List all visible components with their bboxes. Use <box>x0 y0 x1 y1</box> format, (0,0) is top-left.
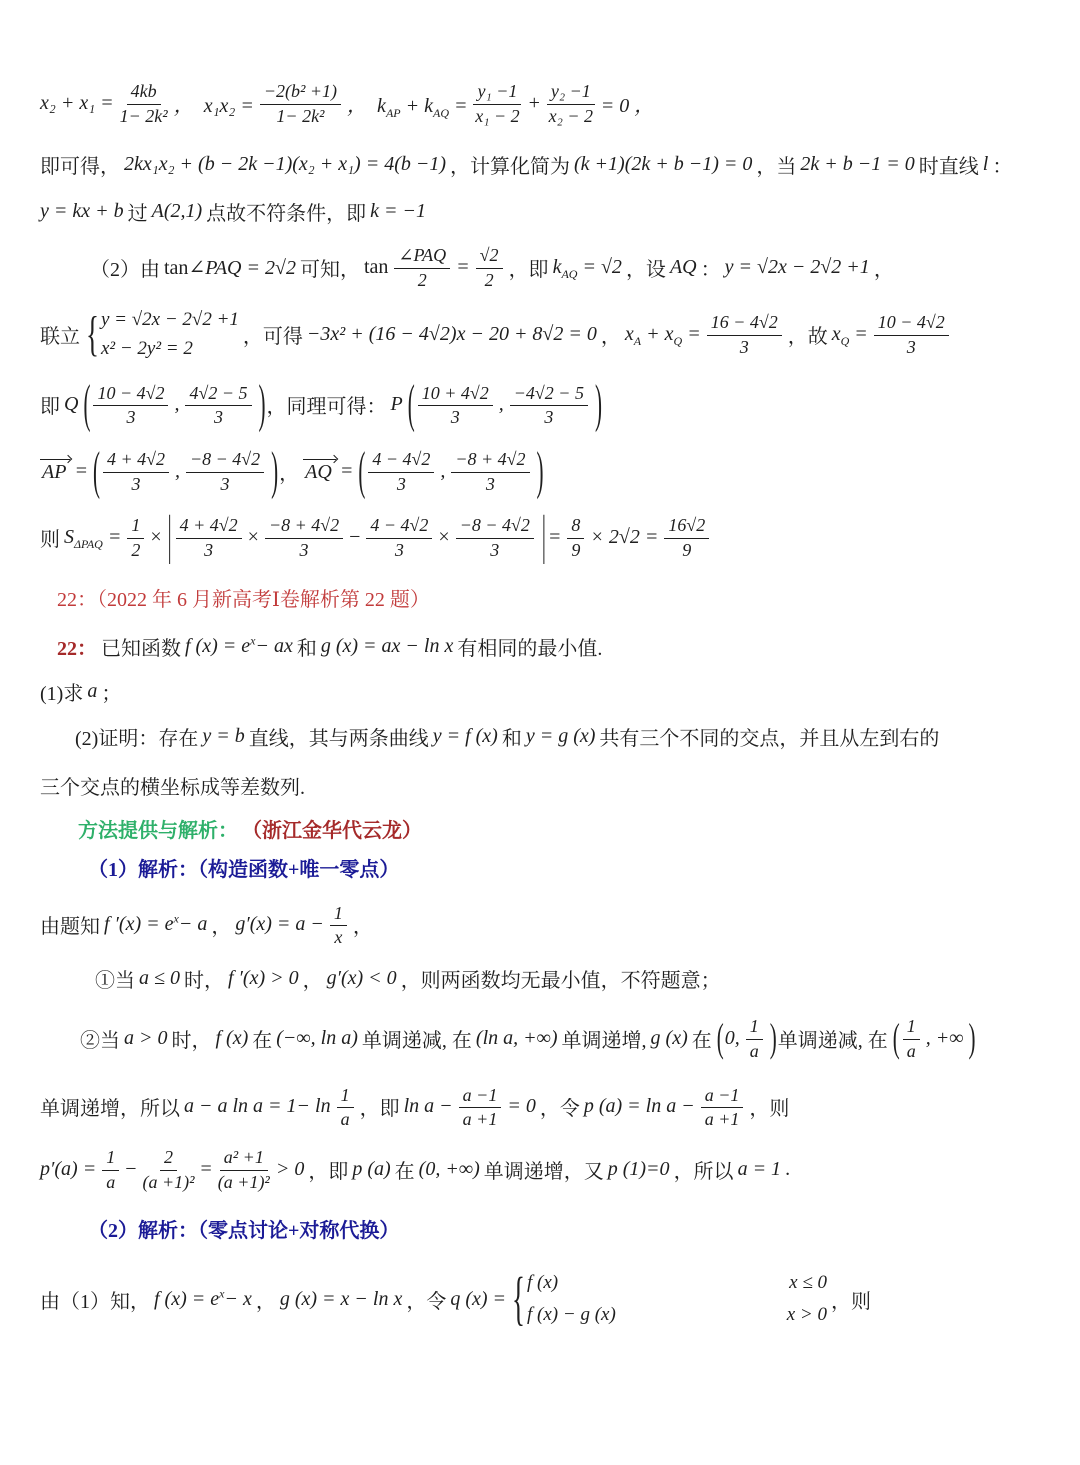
text-run: 单调递增，又 <box>484 1155 604 1184</box>
fraction-denominator: a <box>341 1108 350 1130</box>
math-run: = <box>548 526 562 549</box>
equation-row: x² − 2y² = 2 <box>101 334 193 363</box>
formula-line-tan: （2）由 tan∠PAQ = 2√2 可知， tan ∠PAQ2 = √22 ，… <box>40 244 1050 290</box>
fraction-denominator: 9 <box>571 539 580 561</box>
formula-line-system: 联立 { y = √2x − 2√2 +1x² − 2y² = 2 ，可得 −3… <box>40 305 1050 364</box>
fraction: a² +1(a +1)² <box>218 1146 270 1192</box>
case-1-line: ①当 a ≤ 0 时， f ′(x) > 0 ， g′(x) < 0 ，则两函数… <box>40 964 1050 993</box>
fraction-numerator: 1 <box>903 1015 920 1040</box>
fraction-denominator: x <box>334 926 342 948</box>
text-run: = <box>849 323 868 345</box>
fraction: 1x <box>330 902 347 948</box>
math-run: q (x) = <box>450 1288 506 1311</box>
text-run: ， <box>303 964 323 993</box>
left-paren: ( <box>893 1015 900 1063</box>
fraction-numerator: 4√2 − 5 <box>185 382 251 407</box>
subscript: AQ <box>433 106 449 120</box>
left-brace: { <box>512 1265 525 1333</box>
text-run: 在 <box>692 1024 712 1053</box>
text-run: 在 <box>252 1024 272 1053</box>
fraction-denominator: a <box>750 1040 759 1062</box>
math-run: y = f (x) <box>433 725 498 748</box>
text-run: ， <box>211 910 231 939</box>
derivative-line: 由题知 f ′(x) = ex− a ， g′(x) = a − 1x ， <box>40 902 1050 948</box>
problem-statement: 22： 已知函数 f (x) = ex− ax 和 g (x) = ax − l… <box>40 632 1050 661</box>
math-run: a > 0 <box>124 1027 168 1050</box>
left-paren: ( <box>717 1015 724 1063</box>
text-run: 则 <box>40 523 60 552</box>
math-run: (ln a, +∞) <box>476 1027 558 1050</box>
times-sign: × <box>150 526 161 549</box>
text-run: . <box>785 1158 790 1181</box>
text-run: 时直线 <box>919 150 979 179</box>
fraction-denominator: a +1 <box>705 1108 740 1130</box>
fraction-denominator: 3 <box>544 406 553 428</box>
fraction-numerator: √2 <box>476 244 503 269</box>
right-paren: ) <box>770 1015 777 1063</box>
text-run: ②当 <box>80 1024 120 1053</box>
text-run: + x <box>641 323 673 345</box>
math-run: l <box>983 153 989 176</box>
times-sign: × <box>248 526 259 549</box>
fraction-numerator: 10 − 4√2 <box>93 382 168 407</box>
left-paren: ( <box>408 374 415 437</box>
math-run: 0, <box>725 1027 740 1050</box>
math-run: f ′(x) = ex− a <box>104 913 207 936</box>
fraction-denominator: 3 <box>486 473 495 495</box>
fraction: 2(a +1)² <box>142 1146 194 1192</box>
heading-text: （1）解析：（构造函数+唯一零点） <box>88 853 399 882</box>
math-run: + <box>527 92 541 115</box>
fraction-denominator: a <box>907 1040 916 1062</box>
math-run: A(2,1) <box>152 200 203 223</box>
piecewise-line: 由（1）知， f (x) = ex− x ， g (x) = x − ln x … <box>40 1267 1050 1331</box>
math-run: g′(x) = a − <box>235 913 324 936</box>
left-brace: { <box>86 306 99 362</box>
solution-2-heading: （2）解析：（零点讨论+对称代换） <box>40 1214 1050 1243</box>
text-run: ，所以 <box>674 1155 734 1184</box>
text-run: ： <box>992 150 1012 179</box>
fraction: √22 <box>476 244 503 290</box>
fraction: 10 − 4√23 <box>874 311 949 357</box>
fraction-numerator: 16√2 <box>664 514 709 539</box>
method-provider-label: 方法提供与解析： <box>78 814 238 843</box>
text-run: 即 <box>40 390 60 419</box>
text-run: 时， <box>172 1024 212 1053</box>
fraction-numerator: −8 − 4√2 <box>186 448 264 473</box>
fraction-denominator: 3 <box>395 539 404 561</box>
fraction-numerator: ∠PAQ <box>394 244 450 269</box>
fraction-denominator: 3 <box>490 539 499 561</box>
math-run: 2k + b −1 = 0 <box>800 153 914 176</box>
fraction-numerator: 4kb <box>127 80 161 105</box>
text-run: ，则 <box>831 1285 871 1314</box>
fraction: 4√2 − 53 <box>185 382 251 428</box>
text-run: (2)证明：存在 <box>75 722 198 751</box>
fraction-numerator: y₂ −1 <box>547 80 595 105</box>
case-expression: f (x) <box>527 1272 558 1294</box>
fraction-denominator: 3 <box>131 473 140 495</box>
fraction: −8 + 4√23 <box>451 448 529 494</box>
fraction-numerator: 16 − 4√2 <box>707 311 782 336</box>
comma: , <box>175 460 180 483</box>
fraction-denominator: x₂ − 2 <box>549 105 593 127</box>
fraction: −8 + 4√23 <box>265 514 343 560</box>
text-run: 可知， <box>300 253 360 282</box>
fraction-denominator: 1− 2k² <box>120 105 168 127</box>
formula-line-vieta: x₂ + x₁ = 4kb1− 2k² ， x₁x₂ = −2(b² +1)1−… <box>40 80 1050 126</box>
fraction: y₁ −1x₁ − 2 <box>473 80 521 126</box>
math-run: g (x) <box>651 1027 688 1050</box>
heading-text: （2）解析：（零点讨论+对称代换） <box>88 1214 399 1243</box>
math-run: Q <box>64 393 78 416</box>
subscript: Q <box>674 334 683 348</box>
fraction-numerator: 10 + 4√2 <box>418 382 493 407</box>
text-run: 有相同的最小值. <box>457 632 602 661</box>
math-run: ln a − <box>404 1095 453 1118</box>
problem-number: 22： <box>57 632 97 661</box>
fraction-numerator: y₁ −1 <box>473 80 521 105</box>
fraction-numerator: 4 + 4√2 <box>176 514 242 539</box>
math-run: y = √2x − 2√2 +1 <box>725 256 870 279</box>
right-paren: ) <box>969 1015 976 1063</box>
fraction: 1a <box>337 1084 354 1130</box>
text-run: ，即 <box>509 253 549 282</box>
fraction: a −1a +1 <box>459 1084 502 1130</box>
math-run: xA + xQ = <box>625 323 701 346</box>
text-run: ，即 <box>308 1155 348 1184</box>
fraction-denominator: a +1 <box>463 1108 498 1130</box>
fraction-denominator: 3 <box>221 473 230 495</box>
abs-bar: | <box>542 507 546 569</box>
text-run: 联立 <box>40 320 80 349</box>
fraction-denominator: 3 <box>397 473 406 495</box>
fraction: −2(b² +1)1− 2k² <box>260 80 341 126</box>
text-run: ，同理可得： <box>267 390 387 419</box>
solution-1-heading: （1）解析：（构造函数+唯一零点） <box>40 853 1050 882</box>
text-run: f (x) = e <box>154 1288 219 1310</box>
fraction-denominator: 1− 2k² <box>276 105 324 127</box>
math-run: p (a) <box>352 1158 390 1181</box>
math-run: y = kx + b <box>40 200 124 223</box>
case-row: f (x) − g (x)x > 0 <box>527 1304 827 1326</box>
fraction: 89 <box>567 514 584 560</box>
equals-sign: = <box>201 1158 212 1181</box>
right-paren: ) <box>595 374 602 437</box>
text-run: 单调递增, <box>562 1024 647 1053</box>
text-run: 单调递减, 在 <box>778 1024 888 1053</box>
left-paren: ( <box>93 440 100 503</box>
fraction: 16 − 4√23 <box>707 311 782 357</box>
math-run: y = g (x) <box>526 725 596 748</box>
text-run: ，可得 <box>243 320 303 349</box>
method-provider-name: （浙江金华代云龙） <box>242 814 422 843</box>
fraction: 4 − 4√23 <box>366 514 432 560</box>
text-run: − a <box>179 913 208 935</box>
problem-source-heading: 22：（2022 年 6 月新高考Ⅰ卷解析第 22 题） <box>40 583 1050 612</box>
document-page: x₂ + x₁ = 4kb1− 2k² ， x₁x₂ = −2(b² +1)1−… <box>0 0 1080 1465</box>
text-run: ，令 <box>406 1285 446 1314</box>
fraction: 10 + 4√23 <box>418 382 493 428</box>
case-row: f (x)x ≤ 0 <box>527 1272 827 1294</box>
fraction-numerator: a² +1 <box>220 1146 268 1171</box>
math-run: g (x) = ax − ln x <box>321 635 454 658</box>
fraction: 1a <box>746 1015 763 1061</box>
fraction-denominator: 2 <box>485 269 494 291</box>
fraction-numerator: 2 <box>160 1146 177 1171</box>
math-run: = <box>456 256 470 279</box>
part-2-question-line1: (2)证明：存在 y = b 直线，其与两条曲线 y = f (x) 和 y =… <box>40 722 1050 751</box>
text-run: ， <box>279 457 299 486</box>
part-1-question: (1)求 a ； <box>40 677 1050 706</box>
math-run: = <box>340 460 354 483</box>
text-run: ，令 <box>540 1092 580 1121</box>
text-run: 单调递减, 在 <box>362 1024 472 1053</box>
text-run: ，故 <box>788 320 828 349</box>
fraction: −8 − 4√23 <box>186 448 264 494</box>
text-run: − x <box>224 1288 251 1310</box>
text-run: ， <box>874 253 894 282</box>
math-run: a ≤ 0 <box>139 967 180 990</box>
fraction: 1a <box>102 1146 119 1192</box>
fraction-numerator: −8 − 4√2 <box>456 514 534 539</box>
fraction-numerator: a −1 <box>701 1084 744 1109</box>
text-run: 在 <box>395 1155 415 1184</box>
text-run: 共有三个不同的交点，并且从左到右的 <box>599 722 939 751</box>
fraction-denominator: 3 <box>740 336 749 358</box>
comma: , <box>499 393 504 416</box>
math-run: g (x) = x − ln x <box>280 1288 403 1311</box>
fraction-numerator: −2(b² +1) <box>260 80 341 105</box>
equation-stack: y = √2x − 2√2 +1x² − 2y² = 2 <box>101 305 239 364</box>
fraction: ∠PAQ2 <box>394 244 450 290</box>
right-paren: ) <box>537 440 544 503</box>
text-run: 已知函数 <box>101 632 181 661</box>
formula-line-simplify: 即可得， 2kx₁x₂ + (b − 2k −1)(x₂ + x₁) = 4(b… <box>40 150 1050 179</box>
math-run: ， kAP + kAQ = <box>347 89 467 118</box>
text-run: ∠PAQ = 2√2 <box>188 257 296 279</box>
fraction-denominator: x₁ − 2 <box>475 105 519 127</box>
math-run: g′(x) < 0 <box>327 967 397 990</box>
fraction-numerator: 4 − 4√2 <box>366 514 432 539</box>
text-run: = √2 <box>577 256 621 278</box>
text-run: = <box>682 323 701 345</box>
math-run: ， x₁x₂ = <box>174 89 254 118</box>
math-run: AQ <box>670 256 697 279</box>
fraction: a −1a +1 <box>701 1084 744 1130</box>
fraction-denominator: a <box>106 1171 115 1193</box>
fraction-numerator: 1 <box>127 514 144 539</box>
text-run: ①当 <box>95 964 135 993</box>
times-sign: × <box>438 526 449 549</box>
case-condition: x ≤ 0 <box>789 1272 827 1294</box>
text-run: x <box>625 323 634 345</box>
text-run: ，则 <box>749 1092 789 1121</box>
subscript: AQ <box>561 267 577 281</box>
fraction: 12 <box>127 514 144 560</box>
fraction: y₂ −1x₂ − 2 <box>547 80 595 126</box>
math-run: (k +1)(2k + b −1) = 0 <box>574 153 752 176</box>
fraction-numerator: 1 <box>330 902 347 927</box>
math-run: p (1)=0 <box>608 1158 670 1181</box>
math-run: a − a ln a = 1− ln <box>184 1095 331 1118</box>
fraction-denominator: 9 <box>682 539 691 561</box>
cases-stack: f (x)x ≤ 0 f (x) − g (x)x > 0 <box>527 1267 827 1331</box>
text-run: 由（1）知， <box>40 1285 150 1314</box>
math-run: P <box>391 393 403 416</box>
text-run: （2）由 <box>90 253 160 282</box>
math-run: (−∞, ln a) <box>276 1027 358 1050</box>
fraction-numerator: 8 <box>567 514 584 539</box>
right-paren: ) <box>259 374 266 437</box>
math-run: f ′(x) > 0 <box>228 967 299 990</box>
method-provider-line: 方法提供与解析： （浙江金华代云龙） <box>40 814 1050 843</box>
text-run: = <box>103 526 122 548</box>
text-run: x <box>832 323 841 345</box>
math-run: (0, +∞) <box>419 1158 480 1181</box>
vector-AQ: AQ <box>303 459 336 484</box>
fraction: 4 − 4√23 <box>368 448 434 494</box>
case-condition: x > 0 <box>787 1304 827 1326</box>
formula-line-points: 即 Q ( 10 − 4√23 , 4√2 − 53 ) ，同理可得： P ( … <box>40 382 1050 428</box>
math-run: a <box>87 680 97 703</box>
fraction: 10 − 4√23 <box>93 382 168 428</box>
math-run: y = b <box>202 725 244 748</box>
fraction-numerator: −4√2 − 5 <box>510 382 588 407</box>
right-paren: ) <box>271 440 278 503</box>
text-run: 即可得， <box>40 150 120 179</box>
text-run: 和 <box>297 632 317 661</box>
subscript: AP <box>386 106 401 120</box>
case-2-line: ②当 a > 0 时， f (x) 在 (−∞, ln a) 单调递减, 在 (… <box>40 1015 1050 1061</box>
subscript: Q <box>841 334 850 348</box>
text-run: f (x) = e <box>185 635 250 657</box>
fraction-denominator: (a +1)² <box>218 1171 270 1193</box>
fraction: 4kb1− 2k² <box>120 80 168 126</box>
fraction-denominator: 3 <box>451 406 460 428</box>
math-run: > 0 <box>276 1158 305 1181</box>
text-run: − ax <box>255 635 292 657</box>
math-run: × 2√2 = <box>590 526 658 549</box>
formula-line-conclusion-k: y = kx + b 过 A(2,1) 点故不符条件，即 k = −1 <box>40 197 1050 226</box>
text-run: ， <box>256 1285 276 1314</box>
math-run: tan∠PAQ = 2√2 <box>164 255 296 280</box>
left-paren: ( <box>83 374 90 437</box>
text-run: = <box>449 95 468 117</box>
text-run: ，即 <box>360 1092 400 1121</box>
text-run: 单调递增，所以 <box>40 1092 180 1121</box>
fraction-numerator: 1 <box>746 1015 763 1040</box>
subscript: ΔPAQ <box>74 537 103 551</box>
math-run: a = 1 <box>738 1158 782 1181</box>
math-run: f (x) <box>216 1027 249 1050</box>
math-run: f (x) = ex− x <box>154 1288 252 1311</box>
text-run: ，当 <box>756 150 796 179</box>
math-run: kAQ = √2 <box>553 256 622 279</box>
fraction: 16√29 <box>664 514 709 560</box>
monotonic-line: 单调递增，所以 a − a ln a = 1− ln 1a ，即 ln a − … <box>40 1084 1050 1130</box>
abs-bar: | <box>168 507 172 569</box>
math-run: = 0 ， <box>601 89 655 118</box>
text-run: 和 <box>502 722 522 751</box>
fraction-numerator: 1 <box>102 1146 119 1171</box>
fraction-denominator: 3 <box>214 406 223 428</box>
text-run: 三个交点的横坐标成等差数列. <box>40 771 305 800</box>
fraction: −4√2 − 53 <box>510 382 588 428</box>
left-paren: ( <box>358 440 365 503</box>
fraction-denominator: (a +1)² <box>142 1171 194 1193</box>
fraction-numerator: 10 − 4√2 <box>874 311 949 336</box>
fraction-numerator: 1 <box>337 1084 354 1109</box>
fraction-numerator: 4 + 4√2 <box>103 448 169 473</box>
math-run: = 0 <box>507 1095 536 1118</box>
heading-text: 22：（2022 年 6 月新高考Ⅰ卷解析第 22 题） <box>57 583 430 612</box>
comma: , <box>174 393 179 416</box>
fraction: 4 + 4√23 <box>176 514 242 560</box>
fraction-numerator: −8 + 4√2 <box>451 448 529 473</box>
minus-sign: − <box>125 1158 136 1181</box>
math-run: xQ = <box>832 323 868 346</box>
math-run: 2kx₁x₂ + (b − 2k −1)(x₂ + x₁) = 4(b −1) <box>124 153 446 176</box>
math-run: x₂ + x₁ = <box>40 92 114 115</box>
p-derivative-line: p′(a) = 1a − 2(a +1)² = a² +1(a +1)² > 0… <box>40 1146 1050 1192</box>
math-run: SΔPAQ = <box>64 526 121 549</box>
text-run: 直线，其与两条曲线 <box>249 722 429 751</box>
text-run: 由题知 <box>40 910 100 939</box>
fraction-numerator: a −1 <box>459 1084 502 1109</box>
math-run: p (a) = ln a − <box>584 1095 695 1118</box>
text-run: 过 <box>128 197 148 226</box>
math-run: k = −1 <box>370 200 426 223</box>
fraction: 4 + 4√23 <box>103 448 169 494</box>
formula-line-vectors: AP = ( 4 + 4√23 , −8 − 4√23 ) ， AQ = ( 4… <box>40 448 1050 494</box>
math-run: p′(a) = <box>40 1158 96 1181</box>
fraction-denominator: 2 <box>418 269 427 291</box>
text-run: ； <box>101 677 121 706</box>
text-run: ， <box>601 320 621 349</box>
fraction: −8 − 4√23 <box>456 514 534 560</box>
math-run: f (x) = ex− ax <box>185 635 293 658</box>
fraction-denominator: 2 <box>131 539 140 561</box>
text-run: ， <box>353 910 373 939</box>
comma: , <box>440 460 445 483</box>
formula-line-area: 则 SΔPAQ = 12 × | 4 + 4√23 × −8 + 4√23 − … <box>40 514 1050 560</box>
fraction-numerator: −8 + 4√2 <box>265 514 343 539</box>
part-2-question-line2: 三个交点的横坐标成等差数列. <box>40 771 1050 800</box>
text-run: ，设 <box>626 253 666 282</box>
text-run: ，计算化简为 <box>450 150 570 179</box>
equation-row: y = √2x − 2√2 +1 <box>101 305 239 334</box>
operator-tan: tan <box>164 257 188 279</box>
text-run: ， k <box>347 95 386 117</box>
text-run: S <box>64 526 74 548</box>
fraction-denominator: 3 <box>907 336 916 358</box>
fraction-numerator: 4 − 4√2 <box>368 448 434 473</box>
text-run: 点故不符条件，即 <box>206 197 366 226</box>
text-run: + k <box>401 95 433 117</box>
fraction: 1a <box>903 1015 920 1061</box>
fraction-denominator: 3 <box>204 539 213 561</box>
fraction-denominator: 3 <box>300 539 309 561</box>
text-run: (1)求 <box>40 677 83 706</box>
fraction-denominator: 3 <box>126 406 135 428</box>
text-run: ： <box>701 253 721 282</box>
text-run: ，则两函数均无最小值，不符题意； <box>401 964 721 993</box>
operator-tan: tan <box>364 256 388 279</box>
math-run: = <box>74 460 88 483</box>
case-expression: f (x) − g (x) <box>527 1304 616 1326</box>
vector-AP: AP <box>40 459 70 484</box>
